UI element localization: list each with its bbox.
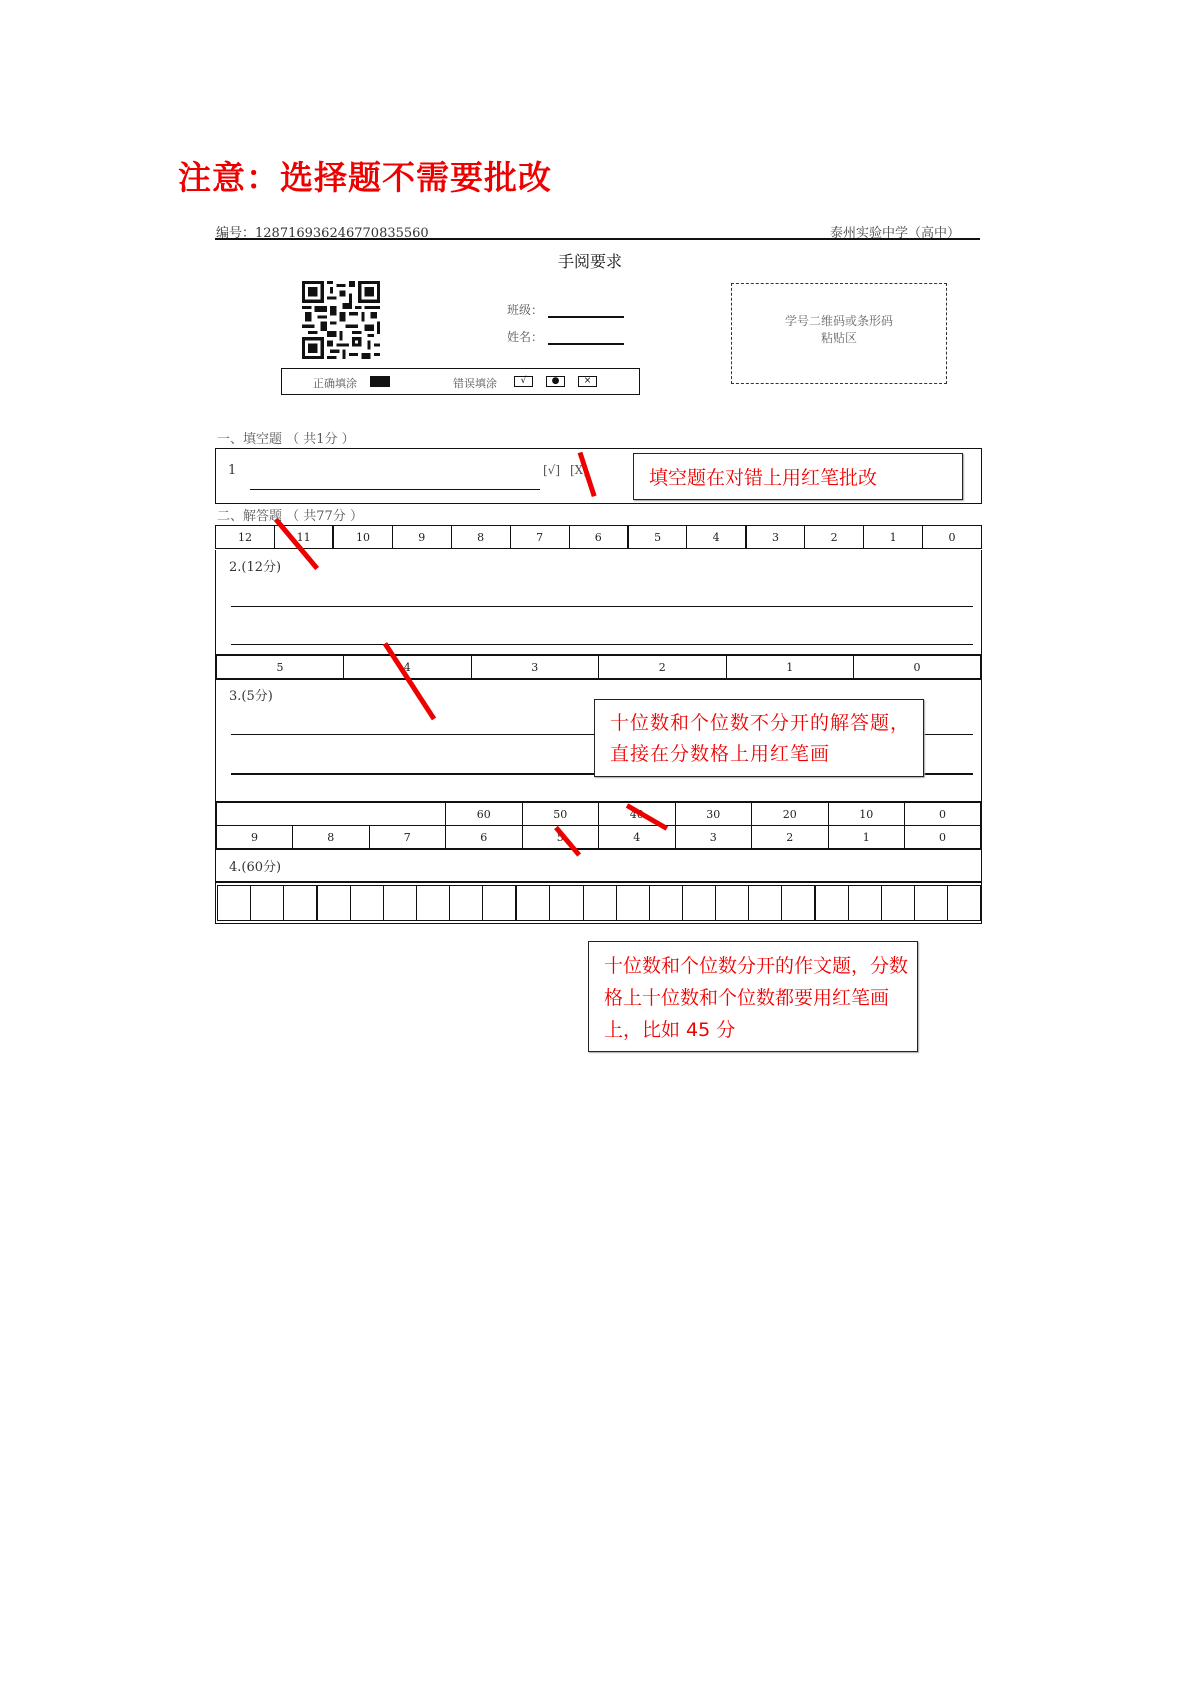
correct-fill-label: 正确填涂 [313,375,357,391]
q2-answer-line [231,644,973,645]
header-divider [215,238,980,240]
filled-box-icon [370,376,390,387]
notice-heading: 注意：选择题不需要批改 [178,152,552,199]
dot-mark-icon: ● [546,376,565,387]
q2-score-4[interactable]: 4 [687,526,746,549]
q3-score-5[interactable]: 5 [216,655,344,679]
essay-grid-frame [215,883,982,924]
q2-score-12[interactable]: 12 [216,526,275,549]
name-input[interactable] [548,343,624,345]
class-input[interactable] [548,316,624,318]
q4-tens-blank [216,802,446,826]
q2-score-6[interactable]: 6 [569,526,628,549]
q4-ones-score-9[interactable]: 9 [216,826,293,850]
q2-score-10[interactable]: 10 [333,526,392,549]
q4-score-table: 6050403020100 9876543210 [215,801,982,850]
barcode-area-line2: 粘贴区 [732,330,946,347]
q3-score-1[interactable]: 1 [726,655,854,679]
q2-score-1[interactable]: 1 [864,526,923,549]
fill-blank-box: 1 [√] [X] 填空题在对错上用红笔批改 [215,448,982,504]
q4-ones-score-7[interactable]: 7 [369,826,446,850]
q4-ones-score-0[interactable]: 0 [905,826,982,850]
q4-ones-score-1[interactable]: 1 [828,826,905,850]
q3-label: 3.(5分) [229,685,273,704]
wrong-fill-label: 错误填涂 [453,375,497,391]
q2-score-5[interactable]: 5 [628,526,687,549]
q2-score-8[interactable]: 8 [451,526,510,549]
q2-score-row: 1211109876543210 [215,525,982,549]
sheet-title: 手阅要求 [558,249,622,272]
q4-tens-score-60[interactable]: 60 [446,802,523,826]
q4-ones-score-2[interactable]: 2 [752,826,829,850]
q3-score-0[interactable]: 0 [854,655,982,679]
class-label: 班级： [507,301,543,318]
q2-score-3[interactable]: 3 [746,526,805,549]
check-mark-icon: √ [514,376,533,387]
q3-score-row: 543210 [215,654,982,680]
q4-tens-score-0[interactable]: 0 [905,802,982,826]
q2-score-0[interactable]: 0 [923,526,982,549]
name-label: 姓名： [507,328,543,345]
barcode-area-line1: 学号二维码或条形码 [732,313,946,330]
q2-answer-line [231,606,973,607]
q4-tens-score-10[interactable]: 10 [828,802,905,826]
q3-score-2[interactable]: 2 [599,655,727,679]
q2-score-9[interactable]: 9 [392,526,451,549]
section1-title: 一、填空题 （ 共1分 ） [217,428,355,447]
fill-legend: 正确填涂 错误填涂 √ ● × [281,368,640,395]
callout-separate-digits: 十位数和个位数分开的作文题，分数格上十位数和个位数都要用红笔画上，比如 45 分 [588,941,918,1052]
callout-combined-digits: 十位数和个位数不分开的解答题，直接在分数格上用红笔画 [594,699,924,777]
barcode-paste-area: 学号二维码或条形码 粘贴区 [731,283,947,384]
q2-answer-box: 2.(12分) [215,550,982,654]
q4-ones-score-6[interactable]: 6 [446,826,523,850]
q3-answer-box: 3.(5分) 十位数和个位数不分开的解答题，直接在分数格上用红笔画 [215,679,982,801]
q2-label: 2.(12分) [229,556,281,575]
callout-fill-blank: 填空题在对错上用红笔批改 [633,453,963,500]
q1-number: 1 [228,463,236,478]
qr-code-icon [302,281,380,359]
q4-ones-score-3[interactable]: 3 [675,826,752,850]
q4-answer-box: 4.(60分) [215,850,982,883]
q4-label: 4.(60分) [229,856,281,875]
q4-tens-score-30[interactable]: 30 [675,802,752,826]
q4-tens-score-50[interactable]: 50 [522,802,599,826]
q2-score-2[interactable]: 2 [805,526,864,549]
q1-answer-line [250,489,540,490]
q3-score-3[interactable]: 3 [471,655,599,679]
q4-ones-score-8[interactable]: 8 [293,826,370,850]
q4-tens-score-20[interactable]: 20 [752,802,829,826]
q2-score-7[interactable]: 7 [510,526,569,549]
q1-right-mark[interactable]: [√] [543,463,560,477]
section2-title: 二、解答题 （ 共77分 ） [217,505,363,524]
cross-mark-icon: × [578,376,597,387]
